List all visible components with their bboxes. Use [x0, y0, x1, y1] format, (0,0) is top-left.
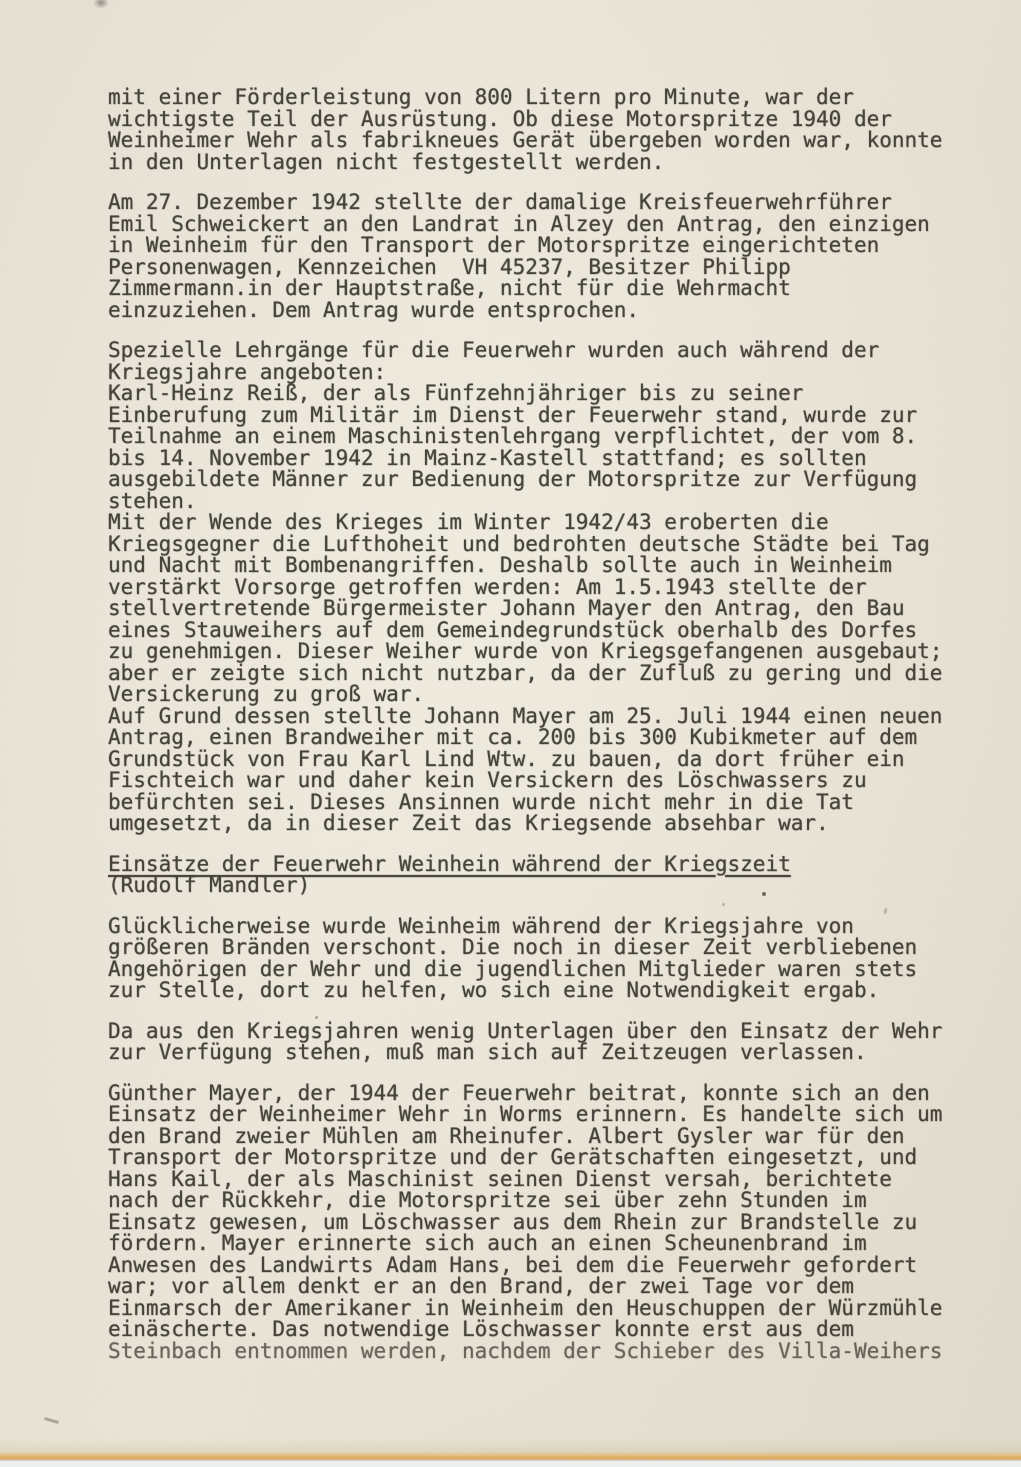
- text-line: größeren Bränden verschont. Die noch in …: [108, 937, 988, 959]
- text-line: Grundstück von Frau Karl Lind Wtw. zu ba…: [108, 749, 988, 771]
- text-line: Karl-Heinz Reiß, der als Fünfzehnjährige…: [108, 383, 988, 405]
- text-line: den Brand zweier Mühlen am Rheinufer. Al…: [108, 1126, 988, 1148]
- paragraph-4: Glücklicherweise wurde Weinheim während …: [108, 916, 988, 1002]
- scanned-document-page: { "page": { "kind": "scanned typewritten…: [0, 0, 1021, 1467]
- text-line: Einmarsch der Amerikaner in Weinheim den…: [108, 1298, 988, 1320]
- text-line: Transport der Motorspritze und der Gerät…: [108, 1147, 988, 1169]
- text-line: aber er zeigte sich nicht nutzbar, da de…: [108, 663, 988, 685]
- text-line: zur Verfügung stehen, muß man sich auf Z…: [108, 1042, 988, 1064]
- text-line: verstärkt Vorsorge getroffen werden: Am …: [108, 577, 988, 599]
- paragraph-3: Spezielle Lehrgänge für die Feuerwehr wu…: [108, 340, 988, 835]
- text-line: und Nacht mit Bombenangriffen. Deshalb s…: [108, 555, 988, 577]
- text-line: einzuziehen. Dem Antrag wurde entsproche…: [108, 300, 988, 322]
- text-line: Einsatz gewesen, um Löschwasser aus dem …: [108, 1212, 988, 1234]
- text-line: war; vor allem denkt er an den Brand, de…: [108, 1276, 988, 1298]
- text-line: Teilnahme an einem Maschinistenlehrgang …: [108, 426, 988, 448]
- paragraph-5: Da aus den Kriegsjahren wenig Unterlagen…: [108, 1021, 988, 1064]
- text-line: Anwesen des Landwirts Adam Hans, bei dem…: [108, 1255, 988, 1277]
- text-line: Einsatz der Weinheimer Wehr in Worms eri…: [108, 1104, 988, 1126]
- paragraph-1: mit einer Förderleistung von 800 Litern …: [108, 87, 988, 173]
- text-line: eines Stauweihers auf dem Gemeindegrunds…: [108, 620, 988, 642]
- document-text-block: mit einer Förderleistung von 800 Litern …: [108, 87, 988, 1362]
- text-line: Da aus den Kriegsjahren wenig Unterlagen…: [108, 1021, 988, 1043]
- text-line: bis 14. November 1942 in Mainz-Kastell s…: [108, 448, 988, 470]
- text-line: einäscherte. Das notwendige Löschwasser …: [108, 1319, 988, 1341]
- text-line: (Rudolf Mandler): [108, 875, 988, 897]
- text-line: Versickerung zu groß war.: [108, 684, 988, 706]
- text-line: Emil Schweickert an den Landrat in Alzey…: [108, 214, 988, 236]
- text-line: Kriegsgegner die Lufthoheit und bedrohte…: [108, 534, 988, 556]
- text-line: Am 27. Dezember 1942 stellte der damalig…: [108, 192, 988, 214]
- text-line: Auf Grund dessen stellte Johann Mayer am…: [108, 706, 988, 728]
- text-line: Mit der Wende des Krieges im Winter 1942…: [108, 512, 988, 534]
- text-line: Günther Mayer, der 1944 der Feuerwehr be…: [108, 1083, 988, 1105]
- text-line: Spezielle Lehrgänge für die Feuerwehr wu…: [108, 340, 988, 362]
- text-line: Hans Kail, der als Maschinist seinen Die…: [108, 1169, 988, 1191]
- text-line: ausgebildete Männer zur Bedienung der Mo…: [108, 469, 988, 491]
- text-line: zu genehmigen. Dieser Weiher wurde von K…: [108, 641, 988, 663]
- text-line: nach der Rückkehr, die Motorspritze sei …: [108, 1190, 988, 1212]
- text-line: befürchten sei. Dieses Ansinnen wurde ni…: [108, 792, 988, 814]
- text-line: Steinbach entnommen werden, nachdem der …: [108, 1341, 988, 1363]
- text-line: Kriegsjahre angeboten:: [108, 362, 988, 384]
- section-heading: Einsätze der Feuerwehr Weinhein während …: [108, 854, 988, 897]
- text-line: zur Stelle, dort zu helfen, wo sich eine…: [108, 980, 988, 1002]
- paragraph-6: Günther Mayer, der 1944 der Feuerwehr be…: [108, 1083, 988, 1363]
- text-line: in den Unterlagen nicht festgestellt wer…: [108, 152, 988, 174]
- section-heading-title: Einsätze der Feuerwehr Weinhein während …: [108, 854, 988, 876]
- text-line: umgesetzt, da in dieser Zeit das Kriegse…: [108, 813, 988, 835]
- text-line: mit einer Förderleistung von 800 Litern …: [108, 87, 988, 109]
- text-line: Weinheimer Wehr als fabrikneues Gerät üb…: [108, 130, 988, 152]
- text-line: Antrag, einen Brandweiher mit ca. 200 bi…: [108, 727, 988, 749]
- text-line: Zimmermann.in der Hauptstraße, nicht für…: [108, 278, 988, 300]
- scanner-background-strip: [0, 1460, 1021, 1467]
- paragraph-2: Am 27. Dezember 1942 stellte der damalig…: [108, 192, 988, 321]
- text-line: Personenwagen, Kennzeichen VH 45237, Bes…: [108, 257, 988, 279]
- text-line: Glücklicherweise wurde Weinheim während …: [108, 916, 988, 938]
- text-line: Fischteich war und daher kein Versickern…: [108, 770, 988, 792]
- text-line: wichtigste Teil der Ausrüstung. Ob diese…: [108, 109, 988, 131]
- text-line: fördern. Mayer erinnerte sich auch an ei…: [108, 1233, 988, 1255]
- text-line: stellvertretende Bürgermeister Johann Ma…: [108, 598, 988, 620]
- text-line: Einberufung zum Militär im Dienst der Fe…: [108, 405, 988, 427]
- text-line: in Weinheim für den Transport der Motors…: [108, 235, 988, 257]
- text-line: stehen.: [108, 491, 988, 513]
- text-line: Angehörigen der Wehr und die jugendliche…: [108, 959, 988, 981]
